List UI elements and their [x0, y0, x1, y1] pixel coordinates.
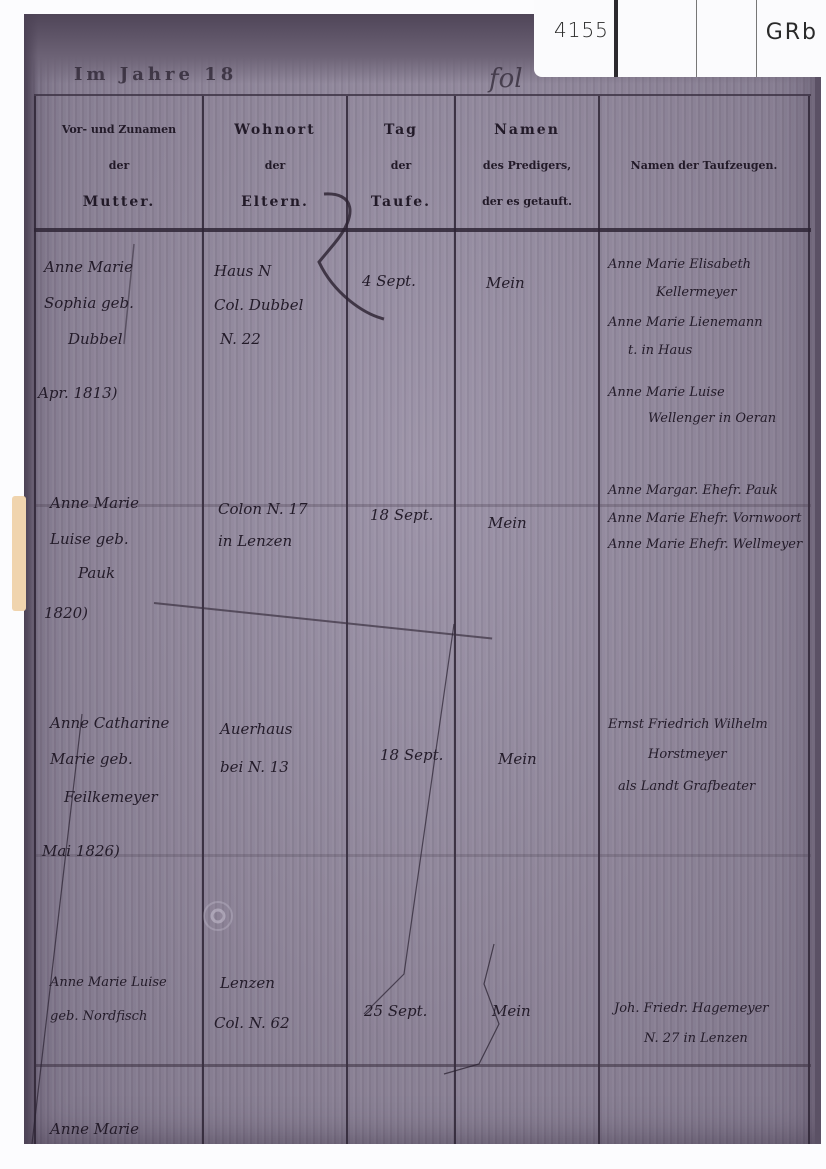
godparent-line: Anne Marie Ehefr. Wellmeyer [608, 538, 802, 551]
godparent-line: Anne Margar. Ehefr. Pauk [608, 484, 778, 497]
residence-line: in Lenzen [218, 534, 292, 549]
godparent-line: N. 27 in Lenzen [644, 1032, 748, 1045]
column-line [202, 96, 204, 1144]
mother-name-line: Apr. 1813) [38, 386, 118, 401]
godparent-line: Horstmeyer [648, 748, 727, 761]
scanned-register-page: Im Jahre 18 fol Vor- und Zunamen der Mut… [24, 14, 821, 1144]
residence-line: N. 22 [220, 332, 261, 347]
column-header-mother: Vor- und Zunamen der Mutter. [36, 112, 202, 227]
archive-label-card: 4155 GRb [534, 0, 826, 77]
mother-name-line: Pauk [78, 566, 115, 581]
godparent-line: Ernst Friedrich Wilhelm [608, 718, 768, 731]
column-line [808, 96, 810, 1144]
label-divider [696, 0, 697, 77]
baptism-day: 18 Sept. [380, 748, 443, 763]
register-header-title: Im Jahre 18 [74, 64, 237, 85]
godparent-line: t. in Haus [628, 344, 692, 357]
godparent-line: Wellenger in Oeran [648, 412, 776, 425]
godparent-line: als Landt Grafbeater [618, 780, 755, 793]
preacher-name: Mein [486, 276, 525, 291]
archive-code: GRb [766, 20, 818, 45]
godparent-line: Anne Marie Ehefr. Vornwoort [608, 512, 801, 525]
column-line [598, 96, 600, 1144]
residence-line: Lenzen [220, 976, 275, 991]
mother-name-line: Marie geb. [50, 752, 133, 767]
godparent-line: Kellermeyer [656, 286, 737, 299]
preacher-name: Mein [498, 752, 537, 767]
register-header-folio: fol [489, 64, 523, 94]
mother-name-line: Anne Catharine [50, 716, 169, 731]
column-line [34, 96, 36, 1144]
residence-line: Col. Dubbel [214, 298, 303, 313]
top-rule [34, 94, 811, 96]
column-line [346, 96, 348, 1144]
mother-name-line: Dubbel [68, 332, 123, 347]
header-rule [34, 228, 811, 232]
adhesive-tape-strip [12, 496, 26, 611]
mother-name-line: 1820) [44, 606, 88, 621]
mother-name-line: Anne Marie [50, 496, 139, 511]
mother-name-line: Anne Marie [50, 1122, 139, 1137]
column-header-residence: Wohnort der Eltern. [204, 112, 346, 227]
mother-name-line: Sophia geb. [44, 296, 134, 311]
godparent-line: Anne Marie Luise [608, 386, 725, 399]
label-divider [614, 0, 618, 77]
row-separator [34, 854, 811, 857]
mother-name-line: Mai 1826) [42, 844, 120, 859]
baptism-day: 4 Sept. [362, 274, 416, 289]
residence-line: Auerhaus [220, 722, 293, 737]
column-header-baptism-day: Tag der Taufe. [348, 112, 454, 227]
mother-name-line: Anne Marie Luise [50, 976, 167, 989]
godparent-line: Anne Marie Lienemann [608, 316, 763, 329]
godparent-line: Joh. Friedr. Hagemeyer [614, 1002, 769, 1015]
preacher-name: Mein [492, 1004, 531, 1019]
residence-line: Haus N [214, 264, 271, 279]
column-header-preacher: Namen des Predigers, der es getauft. [456, 112, 598, 227]
column-line [454, 96, 456, 1144]
residence-line: Col. N. 62 [214, 1016, 290, 1031]
preacher-name: Mein [488, 516, 527, 531]
baptism-day: 25 Sept. [364, 1004, 427, 1019]
godparent-line: Anne Marie Elisabeth [608, 258, 751, 271]
label-divider [756, 0, 757, 77]
archive-number: 4155 [554, 18, 609, 42]
scan-right-edge [815, 74, 821, 1144]
residence-line: bei N. 13 [220, 760, 289, 775]
mother-name-line: geb. Nordfisch [50, 1010, 147, 1023]
document-page: Im Jahre 18 fol Vor- und Zunamen der Mut… [0, 0, 826, 1169]
column-header-godparents: Namen der Taufzeugen. [600, 112, 808, 227]
strike-line [154, 602, 492, 640]
baptism-day: 18 Sept. [370, 508, 433, 523]
mother-name-line: Luise geb. [50, 532, 129, 547]
mother-name-line: Feilkemeyer [64, 790, 158, 805]
residence-line: Colon N. 17 [218, 502, 308, 517]
mother-name-line: Anne Marie [44, 260, 133, 275]
row-separator [34, 1064, 811, 1067]
